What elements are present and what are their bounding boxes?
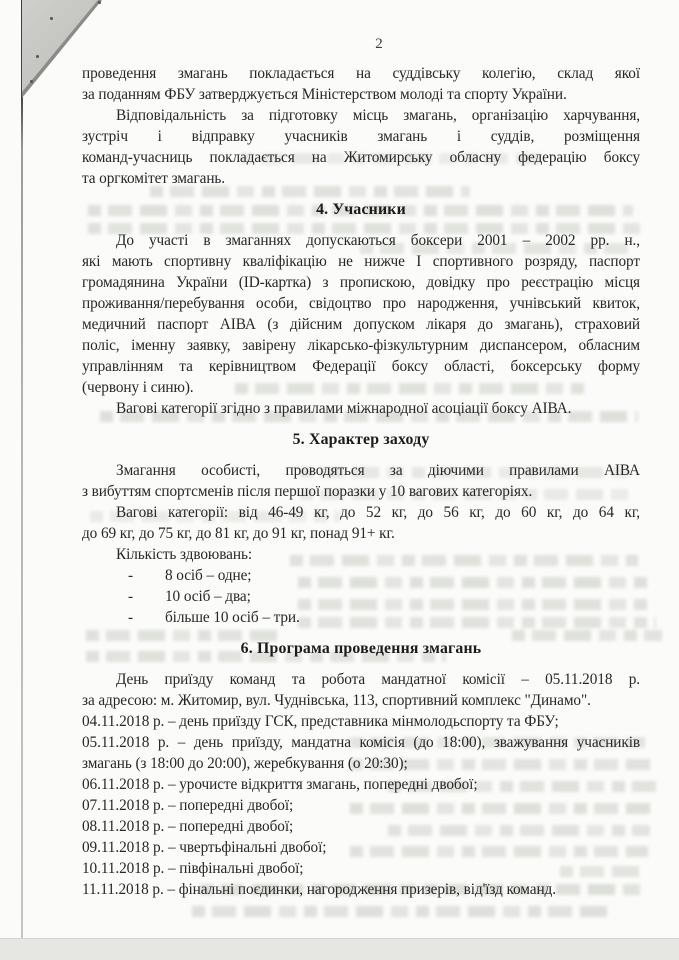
paragraph: проведення змагань покладається на судді… xyxy=(82,63,640,105)
paragraph: 09.11.2018 р. – чвертьфінальні двобої; xyxy=(82,837,640,858)
paragraph: Кількість здвоювань: xyxy=(82,544,640,565)
paragraph: 10.11.2018 р. – півфінальні двобої; xyxy=(82,858,640,879)
text-line: 04.11.2018 р. – день приїзду ГСК, предст… xyxy=(82,711,640,732)
paragraph: Вагові категорії згідно з правилами міжн… xyxy=(82,398,640,419)
scanned-page: { "page_number": "2", "document": { "lis… xyxy=(0,0,679,960)
section-heading: 4. Учасники xyxy=(82,199,640,220)
paragraph: День приїзду команд та робота мандатної … xyxy=(82,669,640,711)
scan-speck xyxy=(50,17,53,20)
list-item-text: 10 осіб – два; xyxy=(165,588,251,605)
text-line: 08.11.2018 р. – попередні двобої; xyxy=(82,816,640,837)
section-heading: 5. Характер заходу xyxy=(82,429,640,450)
text-line: змагань (з 18:00 до 20:00), жеребкування… xyxy=(82,753,640,774)
text-line: проведення змагань покладається на судді… xyxy=(82,63,640,84)
text-line: 05.11.2018 р. – день приїзду, мандатна к… xyxy=(82,732,640,753)
list-item: -більше 10 осіб – три. xyxy=(82,607,640,628)
text-line: Кількість здвоювань: xyxy=(82,544,640,565)
text-line: за поданням ФБУ затверджується Міністерс… xyxy=(82,84,640,105)
paragraph: 04.11.2018 р. – день приїзду ГСК, предст… xyxy=(82,711,640,732)
list-item: -8 осіб – одне; xyxy=(82,565,640,586)
text-line: Відповідальність за підготовку місць зма… xyxy=(82,105,640,126)
paragraph: 06.11.2018 р. – урочисте відкриття змага… xyxy=(82,774,640,795)
text-line: 10.11.2018 р. – півфінальні двобої; xyxy=(82,858,640,879)
text-line: зустріч і відправку учасників змагань і … xyxy=(82,126,640,147)
scan-speck xyxy=(36,55,39,58)
text-line: управлінням та керівництвом Федерації бо… xyxy=(82,356,640,377)
bleedthrough-line xyxy=(192,906,612,917)
text-line: до 69 кг, до 75 кг, до 81 кг, до 91 кг, … xyxy=(82,523,640,544)
paragraph: Відповідальність за підготовку місць зма… xyxy=(82,105,640,189)
text-line: поліс, іменну заявку, завірену лікарсько… xyxy=(82,335,640,356)
text-line: громадянина України (ID-картка) з пропис… xyxy=(82,272,640,293)
paragraph: 08.11.2018 р. – попередні двобої; xyxy=(82,816,640,837)
scan-speck xyxy=(30,80,33,83)
text-line: за адресою: м. Житомир, вул. Чуднівська,… xyxy=(82,690,640,711)
list-item: -10 осіб – два; xyxy=(82,586,640,607)
text-line: До участі в змаганнях допускаються боксе… xyxy=(82,230,640,251)
text-line: (червону і синю). xyxy=(82,377,640,398)
paragraph: 05.11.2018 р. – день приїзду, мандатна к… xyxy=(82,732,640,774)
text-line: команд-учасниць покладається на Житомирс… xyxy=(82,147,640,168)
list-item-text: 8 осіб – одне; xyxy=(165,567,251,584)
text-line: Вагові категорії згідно з правилами міжн… xyxy=(82,398,640,419)
paragraph: Змагання особисті, проводяться за діючим… xyxy=(82,460,640,502)
text-line: медичний паспорт АІВА (з дійсним допуско… xyxy=(82,314,640,335)
text-line: Змагання особисті, проводяться за діючим… xyxy=(82,460,640,481)
paragraph: 07.11.2018 р. – попередні двобої; xyxy=(82,795,640,816)
section-heading: 6. Програма проведення змагань xyxy=(82,638,640,659)
text-line: які мають спортивну кваліфікацію не нижч… xyxy=(82,251,640,272)
text-line: проживання/перебування особи, свідоцтво … xyxy=(82,293,640,314)
bottom-scan-band xyxy=(0,938,679,960)
text-line: 06.11.2018 р. – урочисте відкриття змага… xyxy=(82,774,640,795)
dash-bullet: - xyxy=(128,565,165,586)
text-line: та оргкомітет змагань. xyxy=(82,168,640,189)
text-line: 11.11.2018 р. – фінальні поєдинки, нагор… xyxy=(82,879,640,900)
dash-bullet: - xyxy=(128,586,165,607)
paragraph: До участі в змаганнях допускаються боксе… xyxy=(82,230,640,398)
text-line: Вагові категорії: від 46-49 кг, до 52 кг… xyxy=(82,502,640,523)
text-line: з вибуттям спортсменів після першої пора… xyxy=(82,481,640,502)
dash-bullet: - xyxy=(128,607,165,628)
text-line: 07.11.2018 р. – попередні двобої; xyxy=(82,795,640,816)
text-line: День приїзду команд та робота мандатної … xyxy=(82,669,640,690)
list-item-text: більше 10 осіб – три. xyxy=(165,609,300,626)
document-body: проведення змагань покладається на судді… xyxy=(82,63,640,900)
page-number: 2 xyxy=(100,36,658,53)
paragraph: 11.11.2018 р. – фінальні поєдинки, нагор… xyxy=(82,879,640,900)
text-line: 09.11.2018 р. – чвертьфінальні двобої; xyxy=(82,837,640,858)
paragraph: Вагові категорії: від 46-49 кг, до 52 кг… xyxy=(82,502,640,544)
scan-speck xyxy=(98,1,101,4)
scan-edge-line xyxy=(21,0,23,960)
